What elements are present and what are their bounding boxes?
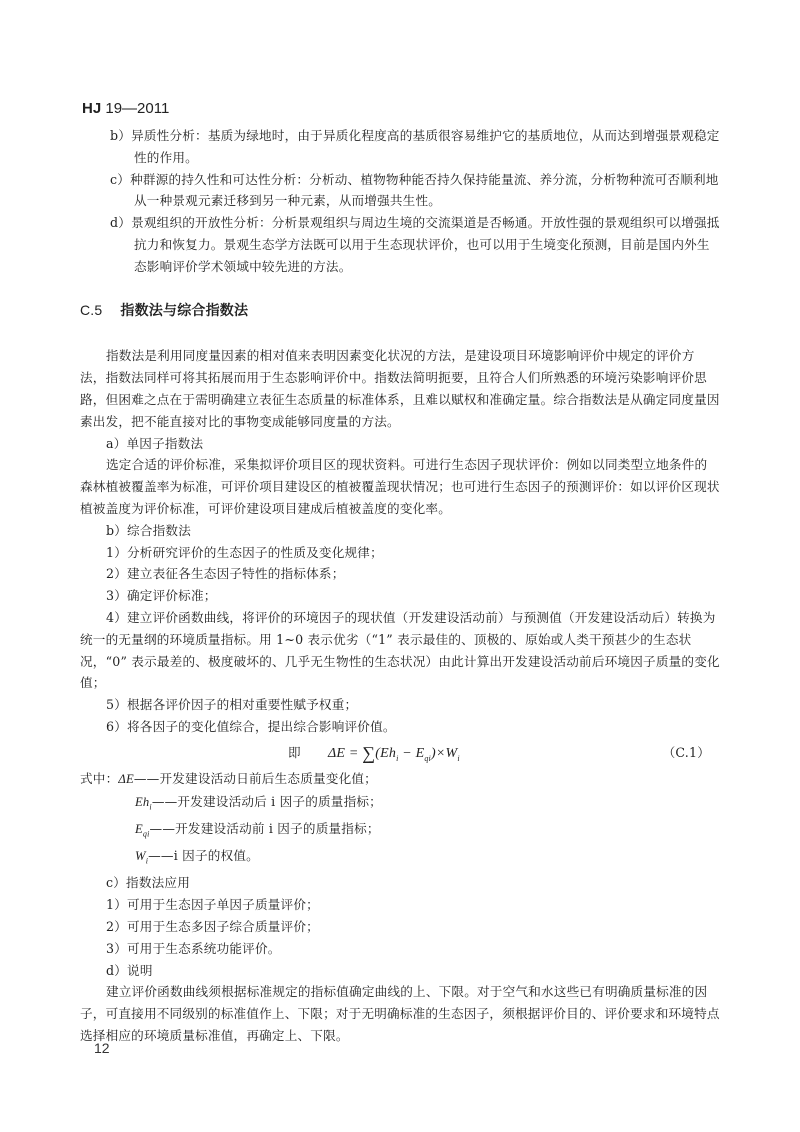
subsection-c-heading: c）指数法应用 — [80, 872, 720, 894]
step-6: 6）将各因子的变化值综合，提出综合影响评价值。 — [80, 716, 720, 738]
step-1: 1）分析研究评价的生态因子的性质及变化规律； — [80, 542, 720, 564]
list-label: c） — [110, 172, 130, 187]
definition-row: Wi——i 因子的权值。 — [80, 845, 720, 872]
list-item-b: b）异质性分析：基质为绿地时，由于异质化程度高的基质很容易维护它的基质地位，从而… — [108, 125, 720, 169]
page-content: b）异质性分析：基质为绿地时，由于异质化程度高的基质很容易维护它的基质地位，从而… — [80, 125, 720, 1047]
list-text: 异质性分析：基质为绿地时，由于异质化程度高的基质很容易维护它的基质地位，从而达到… — [131, 128, 720, 165]
section-title: 指数法与综合指数法 — [120, 302, 248, 318]
formula-subscript: qi — [424, 754, 431, 763]
summation-symbol: ∑ — [362, 743, 375, 763]
variable-description: ——开发建设活动前 i 因子的质量指标； — [150, 821, 380, 836]
definition-row: Ehi——开发建设活动后 i 因子的质量指标； — [80, 791, 720, 818]
standard-code-header: HJ 19—2011 — [82, 100, 169, 117]
list-item-d: d）景观组织的开放性分析：分析景观组织与周边生境的交流渠道是否畅通。开放性强的景… — [108, 212, 720, 277]
list-item-c: c）种群源的持久性和可达性分析：分析动、植物物种能否持久保持能量流、养分流，分析… — [108, 169, 720, 213]
formula-term: − E — [399, 746, 425, 761]
application-1: 1）可用于生态因子单因子质量评价； — [80, 894, 720, 916]
formula-expression: ΔE = ∑(Ehi − Eqi)×Wi — [328, 738, 460, 774]
intro-paragraph: 指数法是利用同度量因素的相对值来表明因素变化状况的方法，是建设项目环境影响评价中… — [80, 345, 720, 432]
formula-c1: 即 ΔE = ∑(Ehi − Eqi)×Wi （C.1） — [80, 738, 720, 768]
variable-symbol: ΔE — [118, 772, 133, 786]
definition-row: Eqi——开发建设活动前 i 因子的质量指标； — [80, 818, 720, 845]
list-label: d） — [110, 215, 131, 230]
formula-lead: 即 — [288, 738, 301, 768]
equation-number: （C.1） — [663, 738, 710, 768]
list-text: 种群源的持久性和可达性分析：分析动、植物物种能否持久保持能量流、养分流，分析物种… — [130, 172, 719, 209]
subsection-d-text: 建立评价函数曲线须根据标准规定的指标值确定曲线的上、下限。对于空气和水这些已有明… — [80, 981, 720, 1046]
variable-definitions: 式中：ΔE——开发建设活动日前后生态质量变化值； Ehi——开发建设活动后 i … — [80, 768, 720, 873]
step-5: 5）根据各评价因子的相对重要性赋予权重； — [80, 694, 720, 716]
standard-code-prefix: HJ — [82, 100, 101, 117]
list-text: 景观组织的开放性分析：分析景观组织与周边生境的交流渠道是否畅通。开放性强的景观组… — [131, 215, 720, 274]
section-heading: C.5指数法与综合指数法 — [80, 300, 720, 322]
variable-description: ——i 因子的权值。 — [148, 848, 259, 863]
subsection-a-text: 选定合适的评价标准，采集拟评价项目区的现状资料。可进行生态因子现状评价：例如以同… — [80, 454, 720, 519]
application-3: 3）可用于生态系统功能评价。 — [80, 938, 720, 960]
subsection-d-heading: d）说明 — [80, 960, 720, 982]
list-label: b） — [110, 128, 131, 143]
formula-term: (Eh — [375, 746, 396, 761]
standard-code-number: 19—2011 — [101, 100, 169, 117]
subsection-b-heading: b）综合指数法 — [80, 520, 720, 542]
formula-subscript: i — [457, 754, 459, 763]
application-2: 2）可用于生态多因子综合质量评价； — [80, 916, 720, 938]
variable-symbol: W — [135, 849, 146, 863]
section-number: C.5 — [80, 302, 102, 318]
subsection-a-heading: a）单因子指数法 — [80, 433, 720, 455]
page-number: 12 — [94, 1040, 110, 1056]
where-prefix: 式中： — [80, 771, 118, 786]
variable-description: ——开发建设活动后 i 因子的质量指标； — [152, 794, 382, 809]
formula-lhs: ΔE = — [328, 746, 362, 761]
formula-term: )×W — [431, 746, 457, 761]
step-2: 2）建立表征各生态因子特性的指标体系； — [80, 563, 720, 585]
variable-symbol: E — [135, 822, 143, 836]
step-4: 4）建立评价函数曲线，将评价的环境因子的现状值（开发建设活动前）与预测值（开发建… — [80, 607, 720, 694]
variable-subscript: qi — [143, 829, 150, 838]
document-page: HJ 19—2011 b）异质性分析：基质为绿地时，由于异质化程度高的基质很容易… — [0, 0, 800, 1132]
variable-symbol: Eh — [135, 795, 149, 809]
step-3: 3）确定评价标准； — [80, 585, 720, 607]
